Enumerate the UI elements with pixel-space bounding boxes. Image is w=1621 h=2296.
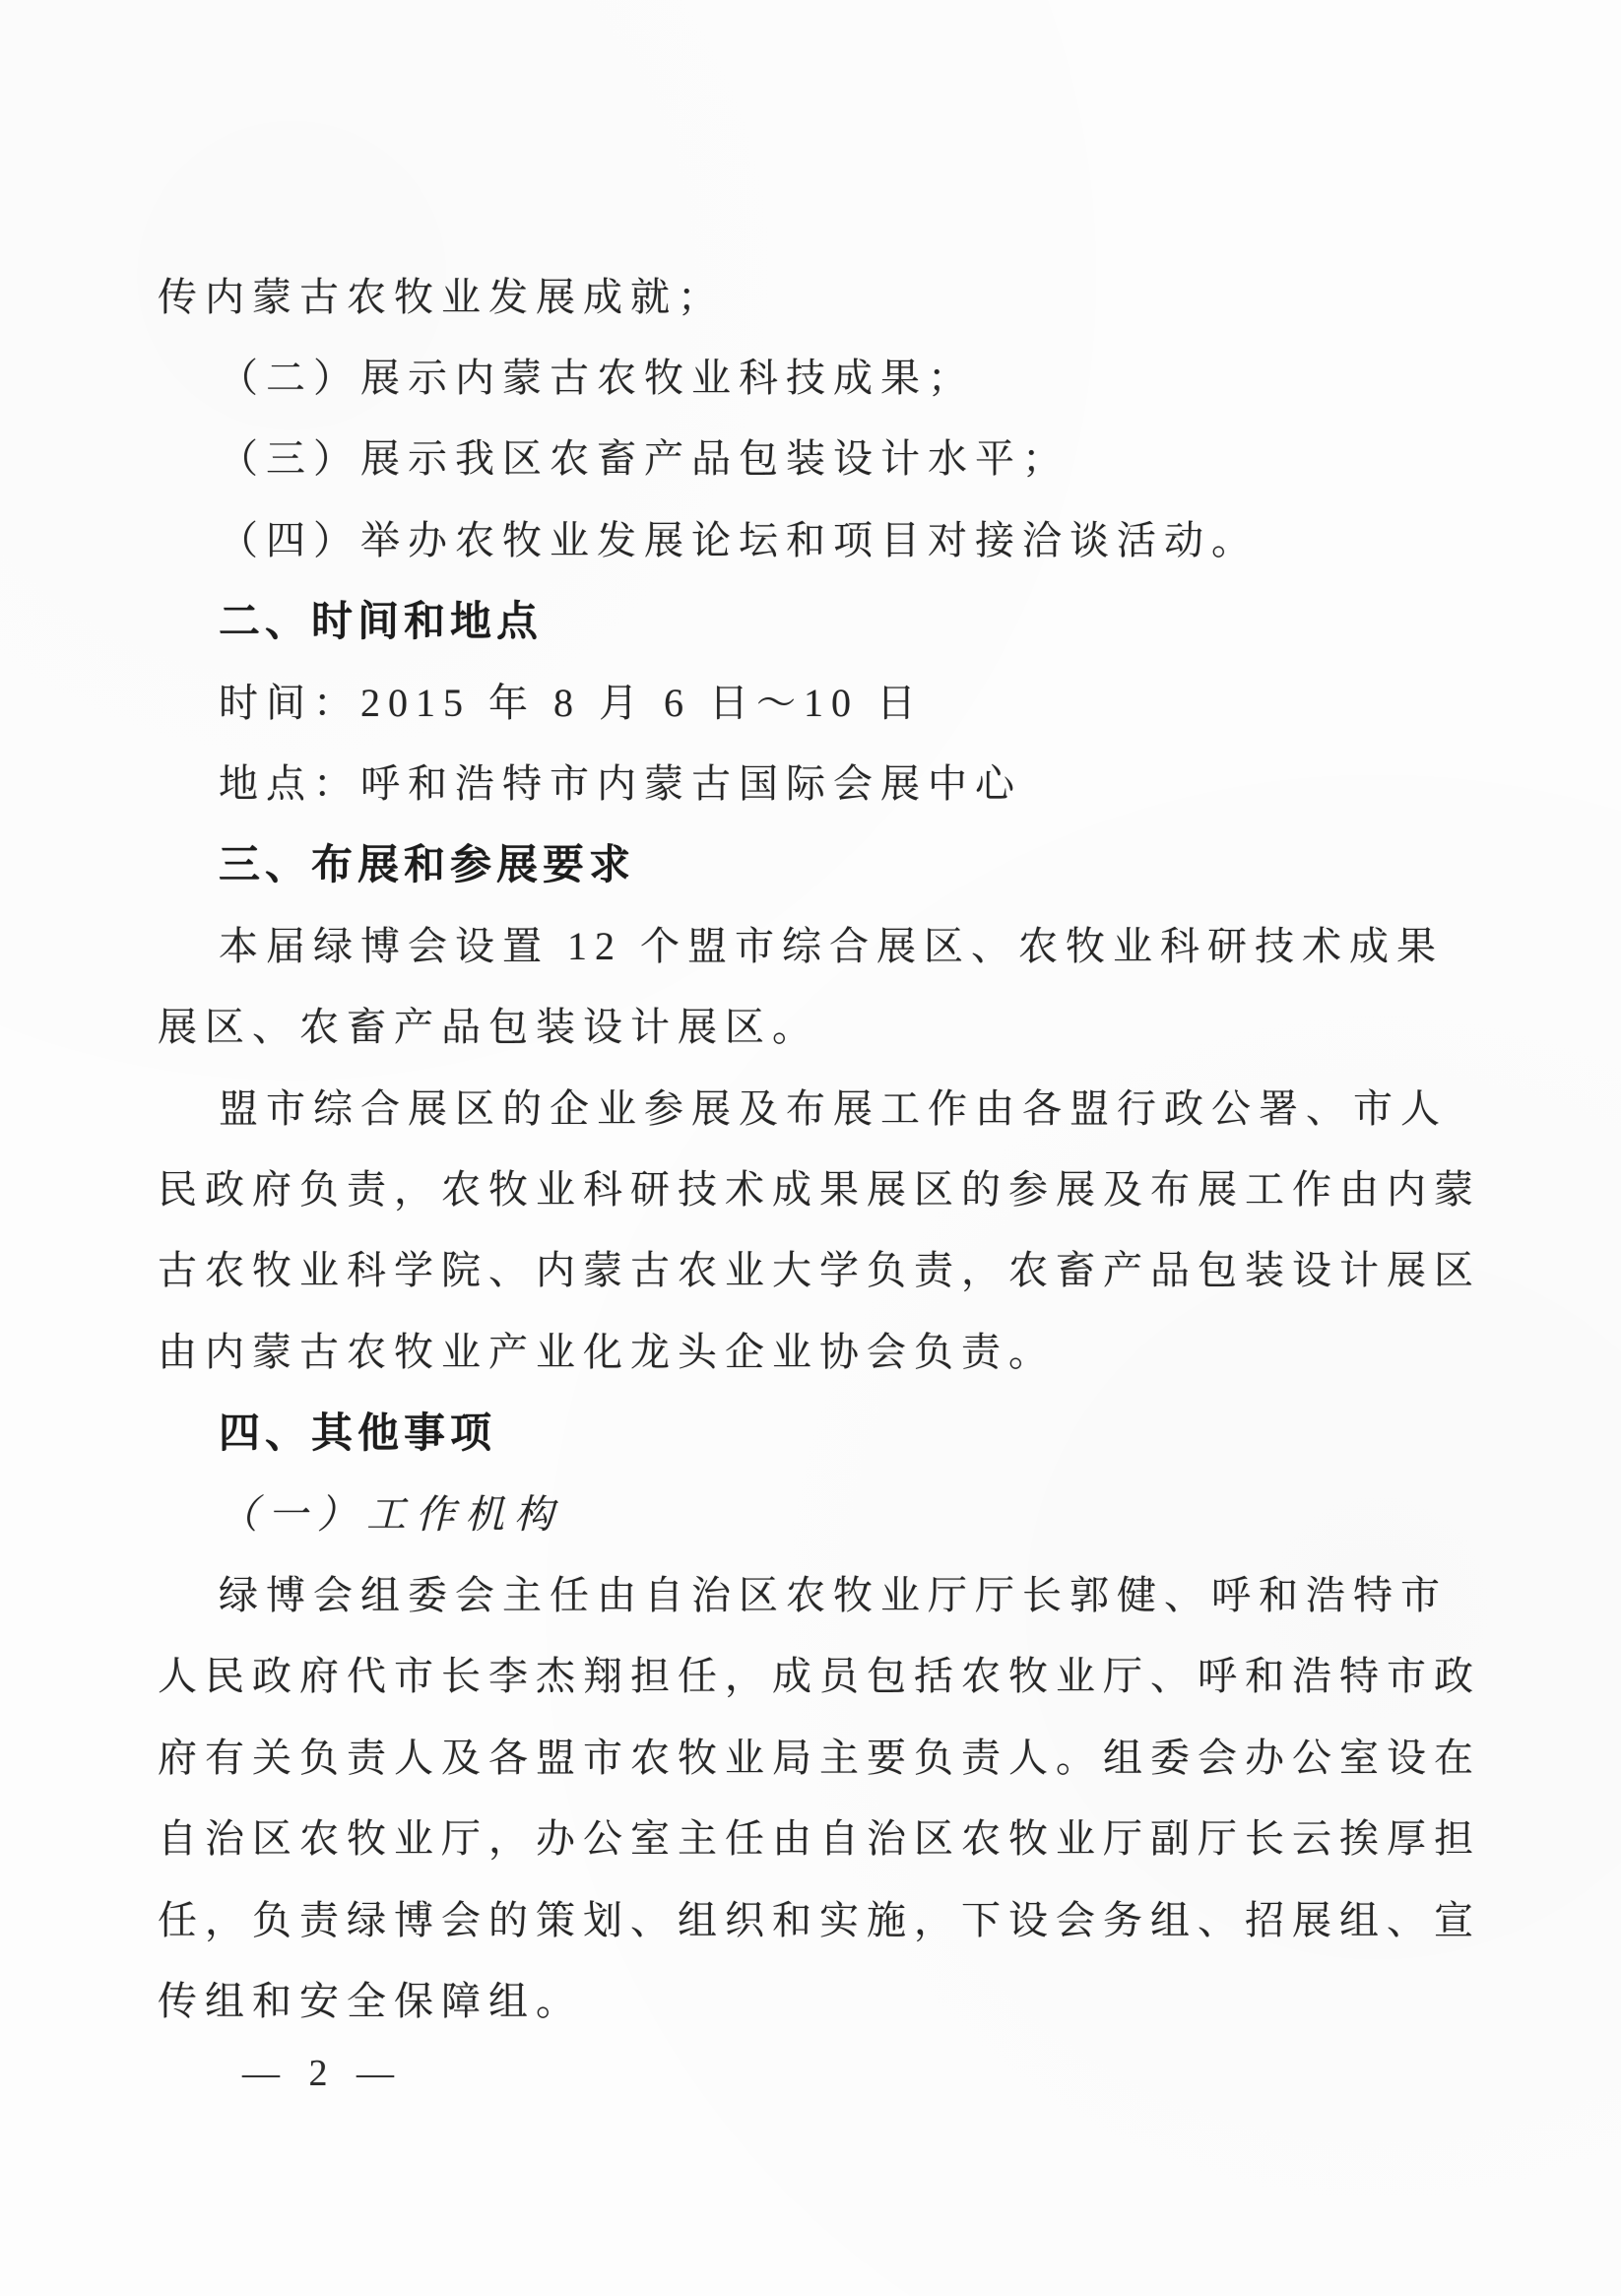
document-body: 传内蒙古农牧业发展成就； （二）展示内蒙古农牧业科技成果； （三）展示我区农畜产… (158, 253, 1483, 2039)
doc-line-continuation: 展区、农畜产品包装设计展区。 (158, 984, 1483, 1065)
doc-line-paragraph-start: 绿博会组委会主任由自治区农牧业厅厅长郭健、呼和浩特市 (158, 1551, 1483, 1632)
doc-line-continuation: 传内蒙古农牧业发展成就； (158, 253, 1483, 334)
doc-line-continuation: 民政府负责，农牧业科研技术成果展区的参展及布展工作由内蒙 (158, 1146, 1483, 1226)
section-heading-time-place: 二、时间和地点 (158, 578, 1483, 659)
doc-list-item-2: （二）展示内蒙古农牧业科技成果； (158, 334, 1483, 415)
doc-list-item-3: （三）展示我区农畜产品包装设计水平； (158, 416, 1483, 496)
doc-line-continuation: 人民政府代市长李杰翔担任，成员包括农牧业厅、呼和浩特市政 (158, 1633, 1483, 1714)
section-heading-other-matters: 四、其他事项 (158, 1389, 1483, 1470)
doc-line-paragraph-start: 盟市综合展区的企业参展及布展工作由各盟行政公署、市人 (158, 1065, 1483, 1146)
doc-line-time: 时间：2015 年 8 月 6 日～10 日 (158, 659, 1483, 740)
doc-line-continuation: 传组和安全保障组。 (158, 1957, 1483, 2038)
doc-line-place: 地点：呼和浩特市内蒙古国际会展中心 (158, 740, 1483, 820)
doc-line-continuation: 由内蒙古农牧业产业化龙头企业协会负责。 (158, 1308, 1483, 1389)
subsection-label-work-organization: （一）工作机构 (158, 1471, 1483, 1551)
doc-line-paragraph-start: 本届绿博会设置 12 个盟市综合展区、农牧业科研技术成果 (158, 902, 1483, 983)
doc-line-continuation: 古农牧业科学院、内蒙古农业大学负责，农畜产品包装设计展区 (158, 1227, 1483, 1308)
page-number: — 2 — (242, 2052, 396, 2095)
doc-line-continuation: 自治区农牧业厅，办公室主任由自治区农牧业厅副厅长云挨厚担 (158, 1795, 1483, 1875)
doc-list-item-4: （四）举办农牧业发展论坛和项目对接洽谈活动。 (158, 496, 1483, 577)
section-heading-exhibit-requirements: 三、布展和参展要求 (158, 821, 1483, 902)
scanned-document-page: 传内蒙古农牧业发展成就； （二）展示内蒙古农牧业科技成果； （三）展示我区农畜产… (0, 0, 1621, 2296)
doc-line-continuation: 任，负责绿博会的策划、组织和实施，下设会务组、招展组、宣 (158, 1876, 1483, 1957)
doc-line-continuation: 府有关负责人及各盟市农牧业局主要负责人。组委会办公室设在 (158, 1714, 1483, 1795)
